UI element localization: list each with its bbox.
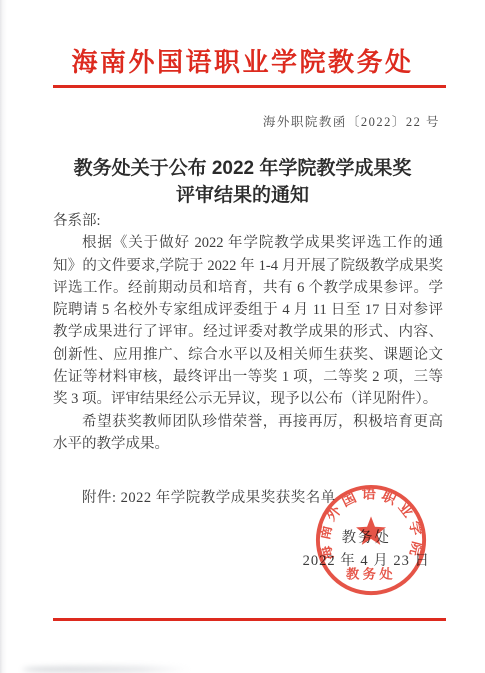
scan-corner-smudge <box>22 666 192 673</box>
official-seal: 海南外国语职业学院 教务处 <box>313 482 431 600</box>
scan-edge-shadow <box>0 0 7 673</box>
document-page: 海南外国语职业学院教务处 海外职院教函〔2022〕22 号 教务处关于公布 20… <box>0 0 485 673</box>
header-divider <box>53 85 446 88</box>
document-title: 教务处关于公布 2022 年学院教学成果奖 评审结果的通知 <box>30 156 455 209</box>
document-body: 各系部: 根据《关于做好 2022 年学院教学成果奖评选工作的通知》的文件要求,… <box>53 210 443 455</box>
salutation: 各系部: <box>53 210 443 232</box>
footer-divider <box>53 618 446 621</box>
body-paragraph-1: 根据《关于做好 2022 年学院教学成果奖评选工作的通知》的文件要求,学院于 2… <box>53 232 443 410</box>
document-title-line2: 评审结果的通知 <box>176 185 309 206</box>
document-number: 海外职院教函〔2022〕22 号 <box>263 112 440 130</box>
document-title-line1: 教务处关于公布 2022 年学院教学成果奖 <box>74 158 412 179</box>
seal-star-icon <box>356 516 386 544</box>
body-paragraph-2: 希望获奖教师团队珍惜荣誉，再接再厉，积极培育更高水平的教学成果。 <box>53 411 443 456</box>
letterhead-title: 海南外国语职业学院教务处 <box>0 42 485 79</box>
seal-bottom-text: 教务处 <box>346 565 396 581</box>
